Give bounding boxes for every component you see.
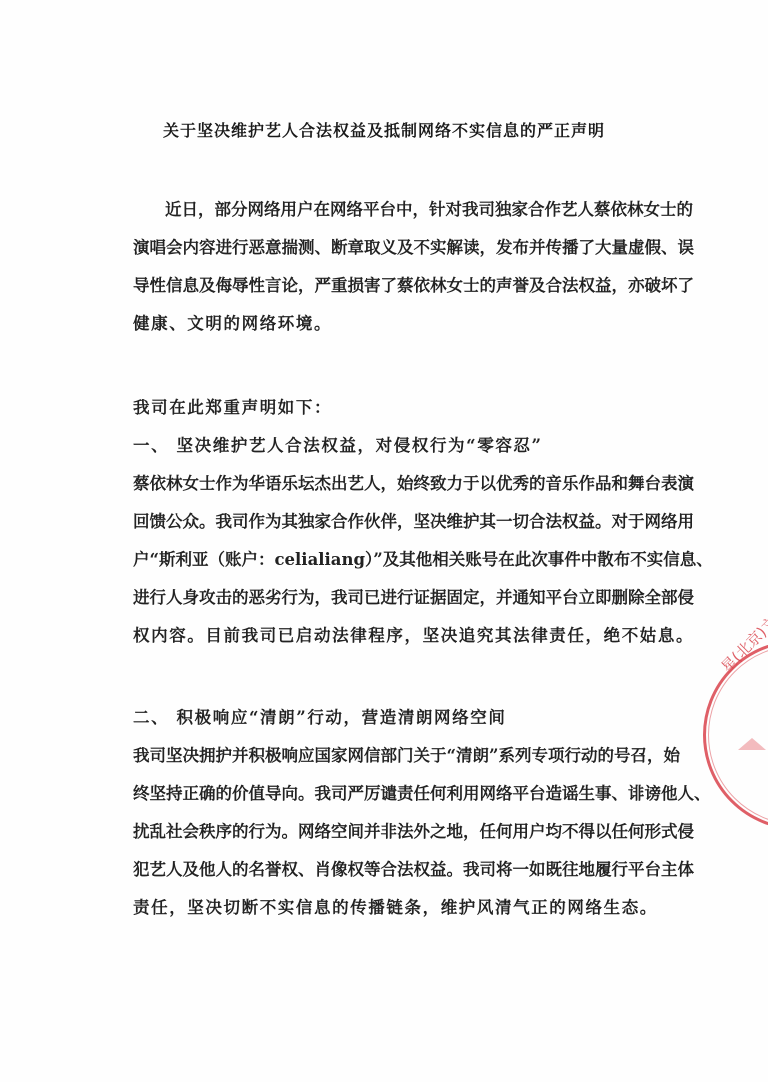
section1-line-1: 蔡依林女士作为华语乐坛杰出艺人，始终致力于以优秀的音乐作品和舞台表演 (133, 473, 643, 495)
seal-star-icon (738, 738, 766, 750)
section2-line-4: 犯艺人及他人的名誉权、肖像权等合法权益。我司将一如既往地履行平台主体 (133, 859, 643, 881)
section2-line-1: 我司坚决拥护并积极响应国家网信部门关于“清朗”系列专项行动的号召，始 (133, 745, 643, 767)
section1-line-4: 进行人身攻击的恶劣行为，我司已进行证据固定，并通知平台立即删除全部侵 (133, 587, 643, 609)
section1-heading: 一、 坚决维护艺人合法权益，对侵权行为“零容忍” (133, 435, 643, 457)
intro-line-3: 导性信息及侮辱性言论，严重损害了蔡依林女士的声誉及合法权益，亦破坏了 (133, 275, 643, 297)
section1-line-3: 户“斯利亚（账户：celialiang）”及其他相关账号在此次事件中散布不实信息… (133, 549, 643, 571)
statement-title: 关于坚决维护艺人合法权益及抵制网络不实信息的严正声明 (0, 118, 768, 141)
section2-line-3: 扰乱社会秩序的行为。网络空间并非法外之地，任何用户均不得以任何形式侵 (133, 821, 643, 843)
section2-heading: 二、 积极响应“清朗”行动，营造清朗网络空间 (133, 707, 643, 729)
intro-line-4: 健康、文明的网络环境。 (133, 313, 643, 335)
document-page: 关于坚决维护艺人合法权益及抵制网络不实信息的严正声明 近日，部分网络用户在网络平… (0, 0, 768, 1082)
intro-line-1: 近日，部分网络用户在网络平台中，针对我司独家合作艺人蔡依林女士的 (165, 199, 643, 221)
section1-line-5: 权内容。目前我司已启动法律程序，坚决追究其法律责任，绝不姑息。 (133, 625, 643, 647)
company-seal-inner-ring (708, 645, 768, 825)
declaration-lead: 我司在此郑重声明如下： (133, 397, 643, 419)
intro-line-2: 演唱会内容进行恶意揣测、断章取义及不实解读，发布并传播了大量虚假、误 (133, 237, 643, 259)
section2-line-5: 责任，坚决切断不实信息的传播链条，维护风清气正的网络生态。 (133, 897, 643, 919)
section1-line-2: 回馈公众。我司作为其独家合作伙伴，坚决维护其一切合法权益。对于网络用 (133, 511, 643, 533)
section2-line-2: 终坚持正确的价值导向。我司严厉谴责任何利用网络平台造谣生事、诽谤他人、 (133, 783, 643, 805)
